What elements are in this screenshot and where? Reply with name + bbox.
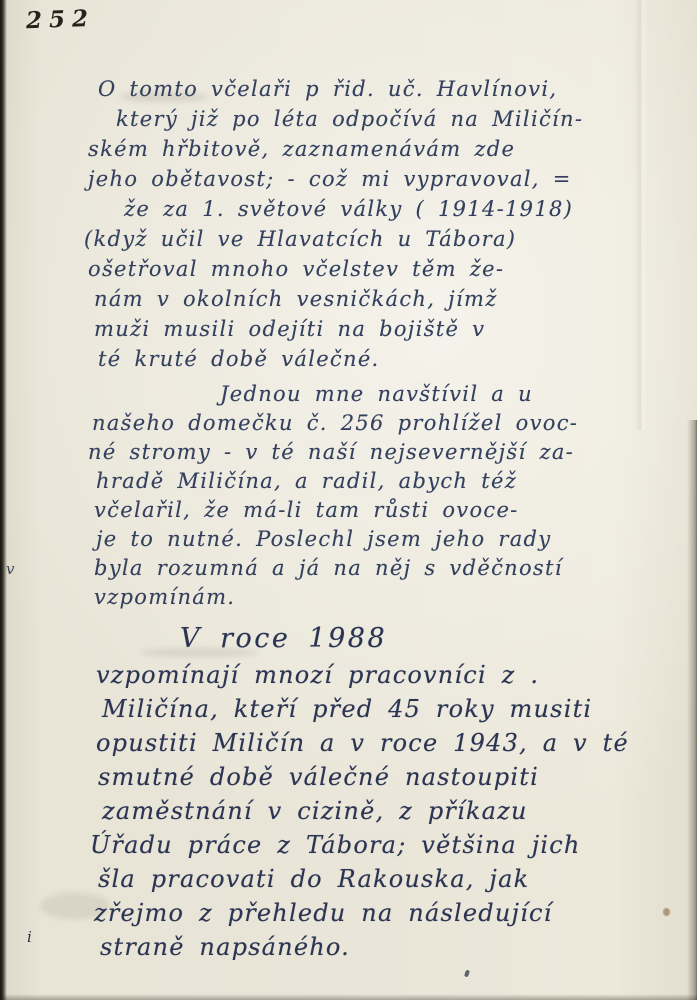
page-edge-shadow-bottom <box>0 994 697 1000</box>
page-crease-right <box>687 420 697 1000</box>
handwritten-line: zřejmo z přehledu na následující <box>94 896 688 930</box>
handwritten-line: byla rozumná a já na něj s vděčností <box>94 554 688 583</box>
handwritten-line: smutné době válečné nastoupiti <box>98 760 688 794</box>
handwritten-line: nám v okolních vesničkách, jímž <box>94 284 688 314</box>
handwritten-line: šla pracovati do Rakouska, jak <box>98 862 688 896</box>
margin-mark-upper: v <box>6 560 14 578</box>
handwritten-line: že za 1. světové války ( 1914-1918) <box>124 194 688 224</box>
handwritten-line: vzpomínám. <box>94 583 688 612</box>
handwritten-line: Jednou mne navštívil a u <box>220 380 688 409</box>
page-number: 252 <box>26 5 96 34</box>
handwritten-line: našeho domečku č. 256 prohlížel ovoc- <box>92 409 688 438</box>
paragraph-beekeeper: O tomto včelaři p řid. uč. Havlínovi, kt… <box>88 74 688 374</box>
handwritten-line: Miličína, kteří před 45 roky musiti <box>102 692 688 726</box>
paragraph-1988-memories: vzpomínají mnozí pracovníci z . Miličína… <box>88 658 688 964</box>
handwritten-line: ském hřbitově, zaznamenávám zde <box>88 134 688 164</box>
paragraph-visit: Jednou mne navštívil a u našeho domečku … <box>88 380 688 612</box>
section-heading-1988: V roce 1988 <box>180 620 688 658</box>
handwritten-line: né stromy - v té naší nejsevernější za- <box>88 438 688 467</box>
chronicle-page-photo: 252 v i O tomto včelaři p řid. uč. Havlí… <box>0 0 697 1000</box>
handwritten-line: O tomto včelaři p řid. uč. Havlínovi, <box>98 74 688 104</box>
handwritten-line: jeho obětavost; - což mi vypravoval, = <box>88 164 688 194</box>
ink-speck <box>464 970 470 978</box>
handwritten-line: vzpomínají mnozí pracovníci z . <box>96 658 688 692</box>
handwritten-text: O tomto včelaři p řid. uč. Havlínovi, kt… <box>88 74 688 964</box>
handwritten-line: včelařil, že má-li tam růsti ovoce- <box>94 496 688 525</box>
handwritten-line: je to nutné. Poslechl jsem jeho rady <box>96 525 688 554</box>
handwritten-line: straně napsáného. <box>100 930 688 964</box>
handwritten-line: ošetřoval mnoho včelstev těm že- <box>88 254 688 284</box>
handwritten-line: hradě Miličína, a radil, abych též <box>96 467 688 496</box>
page-edge-shadow-left <box>0 0 7 1000</box>
handwritten-line: té kruté době válečné. <box>98 344 688 374</box>
handwritten-line: Úřadu práce z Tábora; většina jich <box>90 828 688 862</box>
margin-mark-lower: i <box>27 928 32 946</box>
handwritten-line: zaměstnání v cizině, z příkazu <box>102 794 688 828</box>
handwritten-line: opustiti Miličín a v roce 1943, a v té <box>96 726 688 760</box>
handwritten-line: muži musili odejíti na bojiště v <box>94 314 688 344</box>
handwritten-line: (když učil ve Hlavatcích u Tábora) <box>84 224 688 254</box>
handwritten-line: který již po léta odpočívá na Miličín- <box>116 104 688 134</box>
